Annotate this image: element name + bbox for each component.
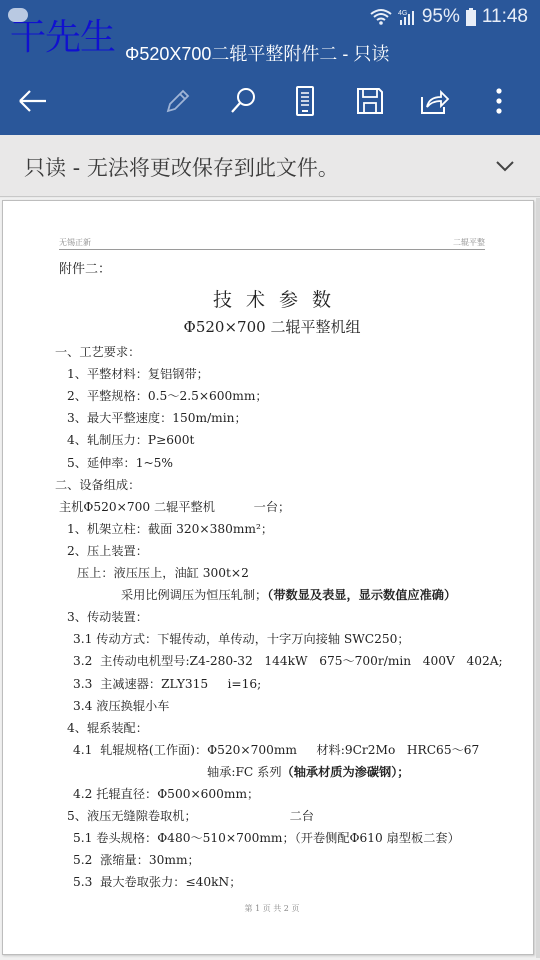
spec-line-text: 压上：液压压上，油缸 300t×2	[77, 566, 249, 580]
spec-line-text: 3、传动装置：	[67, 610, 148, 624]
spec-line-text: 3.4 液压换辊小车	[73, 699, 169, 713]
spec-line: 5.1 卷头规格：Φ480～510×700mm；（开卷侧配Φ610 扇型板二套）	[73, 830, 460, 846]
spec-line-text: 1、机架立柱：截面 320×380mm²；	[67, 522, 273, 536]
spec-line-text: 4.1 轧辊规格(工作面)：Φ520×700mm 材料:9Cr2Mo HRC65…	[73, 743, 479, 757]
status-icons: 4G 95% 11:48	[370, 6, 528, 28]
spec-line-text: 主机Φ520×700 二辊平整机 一台；	[59, 500, 290, 514]
read-only-banner: 只读 - 无法将更改保存到此文件。	[0, 135, 540, 197]
spec-line-text: 3、最大平整速度：150m/min；	[67, 411, 247, 425]
spec-line: 二、设备组成：	[55, 477, 140, 493]
save-icon	[356, 87, 384, 115]
header-left: 无锡正新	[59, 237, 91, 248]
spec-line: 3.2 主传动电机型号:Z4-280-32 144kW 675～700r/min…	[73, 653, 503, 669]
spec-line-text: 5.3 最大卷取张力：≤40kN；	[73, 875, 241, 889]
mobile-view-button[interactable]	[280, 72, 330, 130]
spec-line-text: 3.3 主减速器：ZLY315 i=16;	[73, 677, 261, 691]
header-right: 二辊平整	[453, 237, 485, 248]
document-title: Φ520X700二辊平整附件二 - 只读	[125, 40, 389, 66]
doc-subtitle: Φ520×700 二辊平整机组	[59, 316, 485, 337]
spec-line: 1、机架立柱：截面 320×380mm²；	[67, 521, 273, 537]
spec-line-emphasis: （轴承材质为渗碳钢）；	[282, 765, 410, 779]
spec-line-text: 5.1 卷头规格：Φ480～510×700mm；（开卷侧配Φ610 扇型板二套）	[73, 831, 460, 845]
spec-line-text: 采用比例调压为恒压轧制；	[121, 588, 267, 602]
mobile-view-icon	[295, 86, 315, 116]
spec-line: 5.3 最大卷取张力：≤40kN；	[73, 874, 241, 890]
share-icon	[420, 87, 450, 115]
back-arrow-icon	[18, 89, 48, 113]
share-button[interactable]	[410, 72, 460, 130]
page-header: 无锡正新 二辊平整	[59, 238, 485, 250]
spec-line: 主机Φ520×700 二辊平整机 一台；	[59, 499, 290, 515]
search-button[interactable]	[218, 72, 268, 130]
svg-text:4G: 4G	[398, 10, 407, 17]
banner-message: 只读 - 无法将更改保存到此文件。	[24, 152, 339, 182]
more-icon	[495, 87, 503, 115]
spec-line-text: 4.2 托辊直径：Φ500×600mm；	[73, 787, 259, 801]
attachment-label: 附件二：	[59, 262, 111, 278]
document-viewport[interactable]: 无锡正新 二辊平整 附件二： 技术参数 Φ520×700 二辊平整机组 一、工艺…	[0, 198, 540, 960]
toolbar	[0, 72, 540, 130]
doc-title: 技术参数	[59, 285, 485, 312]
spec-line: 5、液压无缝隙卷取机； 二台	[67, 808, 314, 824]
spec-line: 2、平整规格：0.5～2.5×600mm；	[67, 388, 268, 404]
spec-line: 4.1 轧辊规格(工作面)：Φ520×700mm 材料:9Cr2Mo HRC65…	[73, 742, 479, 758]
battery-percent: 95%	[422, 6, 460, 28]
edit-pencil-icon	[163, 87, 191, 115]
title-row: Φ520X700二辊平整附件二 - 只读	[0, 36, 540, 70]
spec-line: 3.1 传动方式：下辊传动，单传动，十字万向接轴 SWC250；	[73, 631, 410, 647]
spec-line: 3、最大平整速度：150m/min；	[67, 410, 247, 426]
spec-line-text: 4、轧制压力：P≥600t	[67, 433, 194, 447]
document-page: 无锡正新 二辊平整 附件二： 技术参数 Φ520×700 二辊平整机组 一、工艺…	[2, 200, 534, 955]
spec-line-emphasis: （带数显及表显，显示数值应准确）	[267, 588, 456, 602]
spec-line: 5、延伸率：1~5%	[67, 455, 173, 471]
spec-line-text: 一、工艺要求：	[55, 345, 140, 359]
page-footer: 第 1 页 共 2 页	[59, 903, 485, 914]
back-button[interactable]	[8, 72, 58, 130]
spec-line: 4.2 托辊直径：Φ500×600mm；	[73, 786, 259, 802]
spec-line-text: 5.2 涨缩量：30mm；	[73, 853, 200, 867]
spec-line: 采用比例调压为恒压轧制；（带数显及表显，显示数值应准确）	[121, 587, 456, 603]
search-icon	[229, 87, 257, 115]
spec-line-text: 3.2 主传动电机型号:Z4-280-32 144kW 675～700r/min…	[73, 654, 503, 668]
clock: 11:48	[482, 6, 528, 28]
spec-line-text: 1、平整材料：复铝钢带；	[67, 367, 209, 381]
spec-line: 压上：液压压上，油缸 300t×2	[77, 565, 249, 581]
chevron-down-icon[interactable]	[492, 153, 518, 179]
spec-line: 5.2 涨缩量：30mm；	[73, 852, 200, 868]
app-header: 4G 95% 11:48 干先生 Φ520X700二辊平整附件二 - 只读	[0, 0, 540, 135]
spec-line-text: 4、辊系装配：	[67, 721, 148, 735]
spec-line-text: 3.1 传动方式：下辊传动，单传动，十字万向接轴 SWC250；	[73, 632, 410, 646]
wifi-icon	[370, 8, 392, 26]
spec-line: 4、辊系装配：	[67, 720, 148, 736]
spec-line-text: 二、设备组成：	[55, 478, 140, 492]
spec-line: 2、压上装置：	[67, 543, 148, 559]
spec-line-text: 5、液压无缝隙卷取机； 二台	[67, 809, 314, 823]
spec-line: 3.4 液压换辊小车	[73, 698, 169, 714]
spec-line: 轴承:FC 系列（轴承材质为渗碳钢）；	[207, 764, 409, 780]
scrollbar[interactable]	[536, 198, 540, 958]
spec-line: 3.3 主减速器：ZLY315 i=16;	[73, 676, 261, 692]
spec-line-text: 2、压上装置：	[67, 544, 148, 558]
save-button[interactable]	[345, 72, 395, 130]
spec-line: 一、工艺要求：	[55, 344, 140, 360]
spec-line-text: 轴承:FC 系列	[207, 765, 282, 779]
spec-line: 3、传动装置：	[67, 609, 148, 625]
spec-line-text: 5、延伸率：1~5%	[67, 456, 173, 470]
spec-line: 4、轧制压力：P≥600t	[67, 432, 194, 448]
spec-line-text: 2、平整规格：0.5～2.5×600mm；	[67, 389, 268, 403]
edit-button[interactable]	[152, 72, 202, 130]
spec-line: 1、平整材料：复铝钢带；	[67, 366, 209, 382]
signal-icon: 4G	[398, 8, 416, 26]
battery-icon	[466, 8, 476, 26]
more-options-button[interactable]	[474, 72, 524, 130]
